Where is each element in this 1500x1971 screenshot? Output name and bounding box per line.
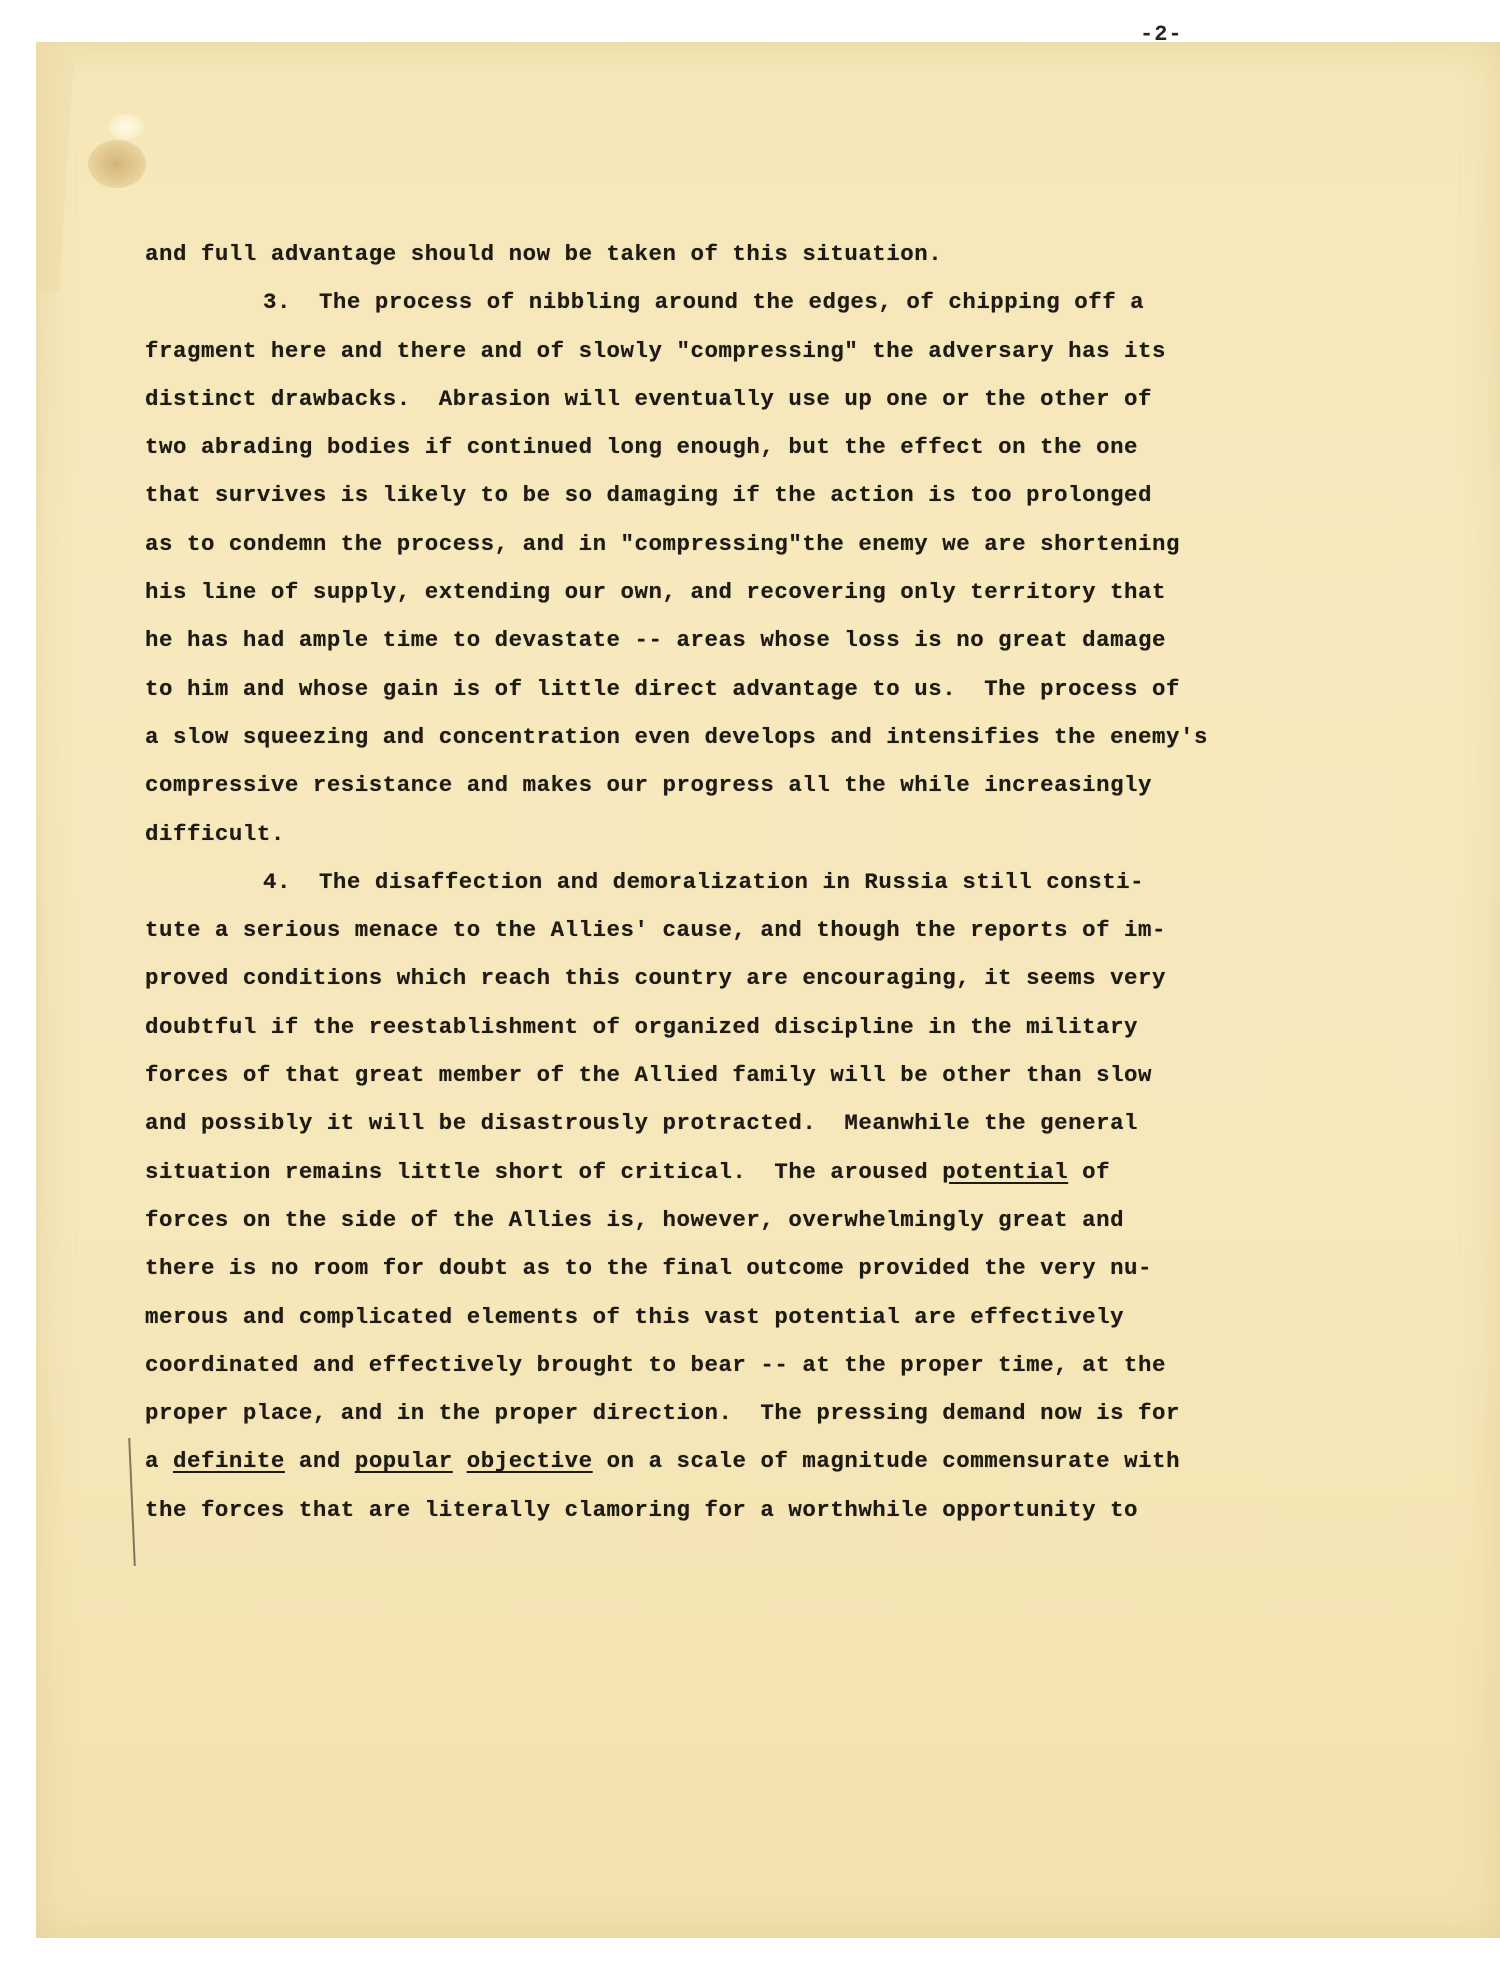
line-text: fragment here and there and of slowly "c… [145,338,1166,364]
text-line: the forces that are literally clamoring … [145,1486,1365,1534]
text-line: and possibly it will be disastrously pro… [145,1099,1365,1147]
document-body: and full advantage should now be taken o… [145,230,1365,1534]
line-text: situation remains little short of critic… [145,1159,942,1185]
paragraph-3-start: 3. The process of nibbling around the ed… [145,278,1365,326]
text-line: that survives is likely to be so damagin… [145,471,1365,519]
line-text: distinct drawbacks. Abrasion will eventu… [145,386,1152,412]
line-text: proved conditions which reach this count… [145,965,1166,991]
text-line: a definite and popular objective on a sc… [145,1437,1365,1485]
text-line: to him and whose gain is of little direc… [145,665,1365,713]
text-line: doubtful if the reestablishment of organ… [145,1003,1365,1051]
line-text: and possibly it will be disastrously pro… [145,1110,1138,1136]
line-text: merous and complicated elements of this … [145,1304,1124,1330]
line-text: to him and whose gain is of little direc… [145,676,1180,702]
line-text: on a scale of magnitude commensurate wit… [593,1448,1180,1474]
text-line: as to condemn the process, and in "compr… [145,520,1365,568]
text-line: two abrading bodies if continued long en… [145,423,1365,471]
text-line: forces on the side of the Allies is, how… [145,1196,1365,1244]
line-text: proper place, and in the proper directio… [145,1400,1180,1426]
underlined-word: objective [467,1448,593,1474]
text-line: a slow squeezing and concentration even … [145,713,1365,761]
text-line: fragment here and there and of slowly "c… [145,327,1365,375]
line-text: as to condemn the process, and in "compr… [145,531,1180,557]
line-text: and full advantage should now be taken o… [145,241,942,267]
line-text: a [145,1448,173,1474]
underlined-word: potential [942,1159,1068,1185]
line-text: that survives is likely to be so damagin… [145,482,1152,508]
line-text: difficult. [145,821,285,847]
paragraph-4-start: 4. The disaffection and demoralization i… [145,858,1365,906]
paper-stain-highlight [108,114,144,140]
line-text: compressive resistance and makes our pro… [145,772,1152,798]
text-line: and full advantage should now be taken o… [145,230,1365,278]
line-text: forces on the side of the Allies is, how… [145,1207,1124,1233]
underlined-word: popular [355,1448,453,1474]
line-text: he has had ample time to devastate -- ar… [145,627,1166,653]
line-text: tute a serious menace to the Allies' cau… [145,917,1166,943]
text-line: situation remains little short of critic… [145,1148,1365,1196]
line-text: forces of that great member of the Allie… [145,1062,1152,1088]
page-number: -2- [1140,22,1183,47]
text-line: coordinated and effectively brought to b… [145,1341,1365,1389]
line-text: his line of supply, extending our own, a… [145,579,1166,605]
underlined-word: definite [173,1448,285,1474]
line-text: there is no room for doubt as to the fin… [145,1255,1152,1281]
line-text: 4. The disaffection and demoralization i… [263,869,1144,895]
text-line: proper place, and in the proper directio… [145,1389,1365,1437]
line-text: 3. The process of nibbling around the ed… [263,289,1144,315]
line-text: two abrading bodies if continued long en… [145,434,1138,460]
line-text: a slow squeezing and concentration even … [145,724,1208,750]
text-line: merous and complicated elements of this … [145,1293,1365,1341]
text-line: tute a serious menace to the Allies' cau… [145,906,1365,954]
text-line: compressive resistance and makes our pro… [145,761,1365,809]
line-text: of [1068,1159,1110,1185]
text-line: forces of that great member of the Allie… [145,1051,1365,1099]
paper-stain [88,140,146,188]
line-text: doubtful if the reestablishment of organ… [145,1014,1138,1040]
text-line: distinct drawbacks. Abrasion will eventu… [145,375,1365,423]
line-text: the forces that are literally clamoring … [145,1497,1138,1523]
text-line: he has had ample time to devastate -- ar… [145,616,1365,664]
line-text [453,1448,467,1474]
line-text: and [285,1448,355,1474]
line-text: coordinated and effectively brought to b… [145,1352,1166,1378]
text-line: proved conditions which reach this count… [145,954,1365,1002]
text-line: difficult. [145,810,1365,858]
text-line: his line of supply, extending our own, a… [145,568,1365,616]
text-line: there is no room for doubt as to the fin… [145,1244,1365,1292]
